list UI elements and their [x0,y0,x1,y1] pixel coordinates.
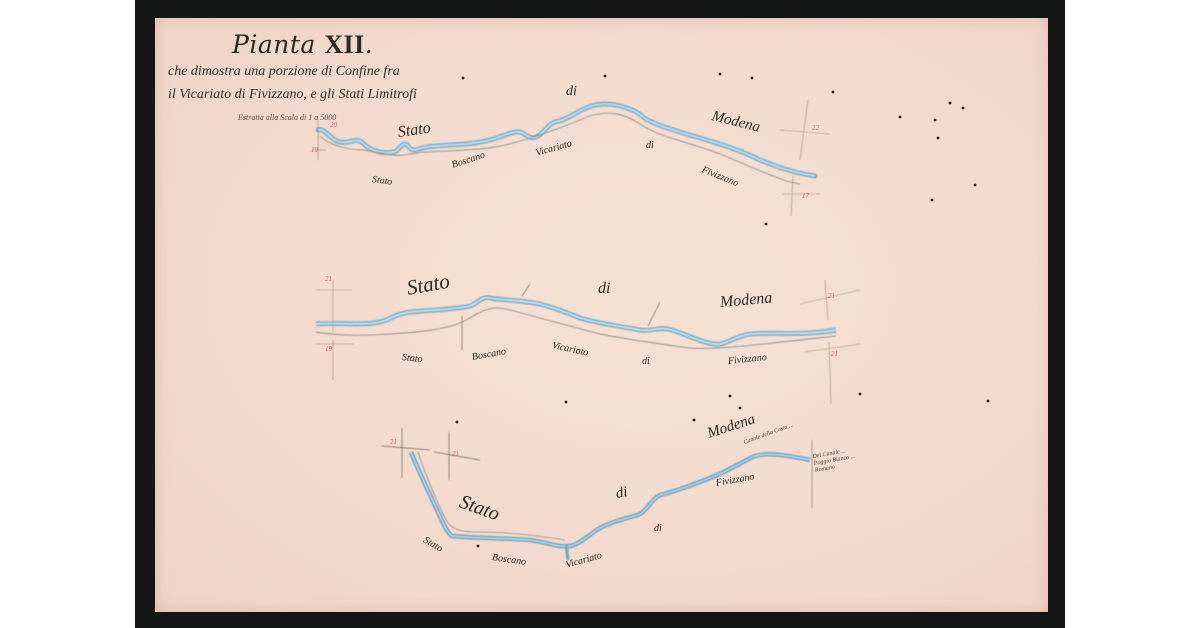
top-marker-17: 17 [802,192,809,200]
top-marker-22: 22 [812,124,819,132]
top-marker-20: 20 [330,121,337,129]
middle-di-lower: di [642,356,650,367]
top-marker-19: 19 [311,146,318,154]
bottom-map-river [382,428,812,560]
middle-map-river [316,280,860,404]
bottom-marker-left: 21 [390,438,397,446]
top-di-lower: di [646,140,654,151]
scale-note: Estratta alla Scala di 1 a 5000 [238,113,336,122]
title-number: XII [324,30,365,59]
middle-marker-left-bottom: 19 [325,345,332,353]
bottom-di-lower: di [654,523,662,534]
middle-marker-left-top: 21 [325,275,332,283]
top-di-upper: di [566,84,577,100]
bottom-marker-right: 21 [452,450,459,458]
middle-stato-lower: Stato [401,352,423,365]
middle-marker-right-bottom: 21 [831,350,838,358]
subtitle-line-2: il Vicariato di Fivizzano, e gli Stati L… [168,87,417,103]
plate-title: Pianta XII. [232,30,373,60]
subtitle-line-1: che dimostra una porzione di Confine fra [168,64,400,80]
title-script: Pianta [232,30,316,59]
middle-di-upper: di [598,280,610,298]
middle-marker-right-top: 21 [828,292,835,300]
